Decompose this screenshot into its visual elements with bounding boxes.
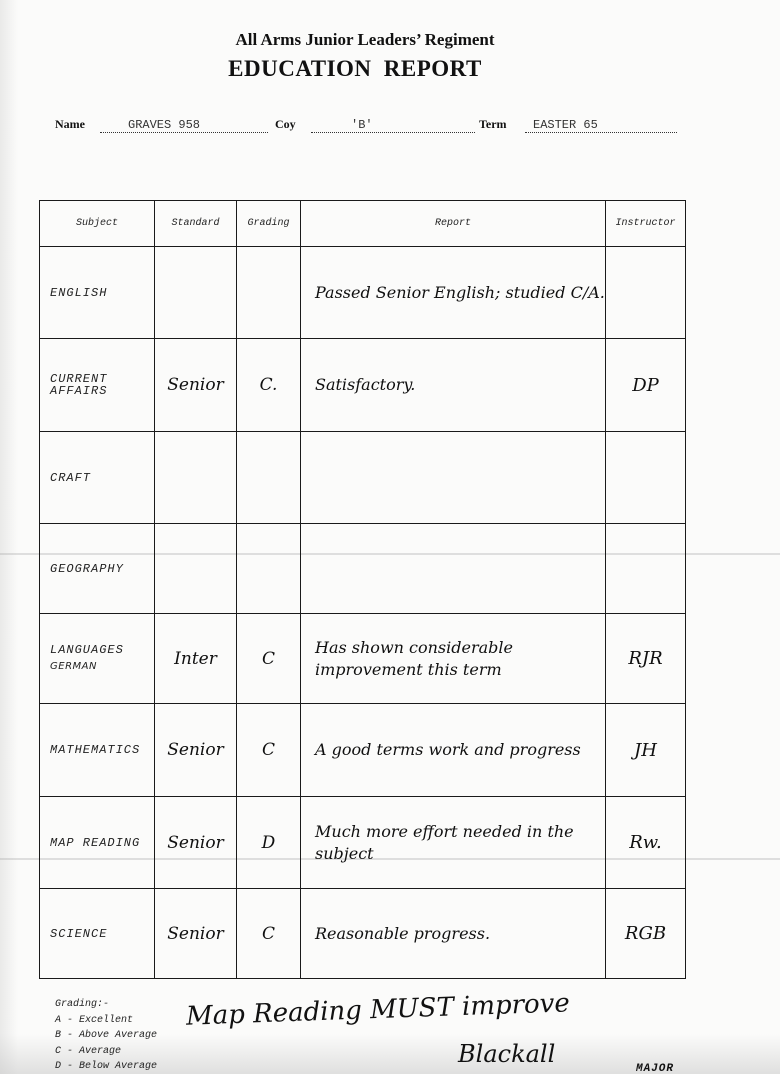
subject-cell: CURRENTAFFAIRS <box>40 339 155 432</box>
grading-cell <box>237 432 301 524</box>
report-cell <box>301 432 606 524</box>
education-report-table: Subject Standard Grading Report Instruct… <box>39 200 686 979</box>
report-title: EDUCATION REPORT <box>0 56 710 82</box>
instructor-cell-text: DP <box>632 375 659 396</box>
grading-cell-text: C <box>262 649 275 669</box>
standard-cell: Senior <box>155 797 237 889</box>
standard-cell-text: Senior <box>167 740 223 760</box>
subject-cell-text: LANGUAGES <box>50 643 124 657</box>
subject-cell-text: CURRENTAFFAIRS <box>50 372 107 398</box>
table-row: CRAFT <box>40 432 686 524</box>
report-cell-text: A good terms work and progress <box>315 740 581 759</box>
standard-cell <box>155 247 237 339</box>
instructor-cell-text: RJR <box>628 648 662 669</box>
grading-cell: C <box>237 889 301 979</box>
grading-cell-text: C <box>262 924 275 944</box>
report-cell: Has shown considerable improvement this … <box>301 614 606 704</box>
subject-cell: SCIENCE <box>40 889 155 979</box>
instructor-cell <box>606 247 686 339</box>
legend-item: C - Average <box>55 1044 157 1060</box>
subject-cell-text: MAP READING <box>50 836 140 850</box>
report-cell: Much more effort needed in the subject <box>301 797 606 889</box>
report-cell-text: Reasonable progress. <box>315 924 490 943</box>
standard-cell: Senior <box>155 704 237 797</box>
report-cell <box>301 524 606 614</box>
subject-cell-text: ENGLISH <box>50 286 107 300</box>
instructor-cell-text: JH <box>634 740 657 761</box>
coy-label: Coy <box>275 117 296 132</box>
instructor-cell: RJR <box>606 614 686 704</box>
legend-title: Grading:- <box>55 997 157 1013</box>
grading-cell <box>237 524 301 614</box>
standard-cell: Inter <box>155 614 237 704</box>
grading-cell <box>237 247 301 339</box>
subject-cell: ENGLISH <box>40 247 155 339</box>
grading-legend: Grading:- A - Excellent B - Above Averag… <box>55 997 157 1074</box>
subject-cell: MATHEMATICS <box>40 704 155 797</box>
subject-cell-text: CRAFT <box>50 471 91 485</box>
table-row: GEOGRAPHY <box>40 524 686 614</box>
legend-item: B - Above Average <box>55 1028 157 1044</box>
table-row: LANGUAGESGERMANInterCHas shown considera… <box>40 614 686 704</box>
grading-cell-text: D <box>262 833 276 853</box>
report-cell: Passed Senior English; studied C/A. <box>301 247 606 339</box>
officer-signature: Blackall <box>458 1040 555 1068</box>
table-row: CURRENTAFFAIRSSeniorC.Satisfactory.DP <box>40 339 686 432</box>
column-header-instructor: Instructor <box>606 201 686 247</box>
organisation-heading: All Arms Junior Leaders’ Regiment <box>0 30 730 50</box>
report-cell-text: Satisfactory. <box>315 375 415 394</box>
grading-cell: C <box>237 614 301 704</box>
subject-cell: GEOGRAPHY <box>40 524 155 614</box>
subject-cell: LANGUAGESGERMAN <box>40 614 155 704</box>
legend-item: D - Below Average <box>55 1059 157 1074</box>
standard-cell: Senior <box>155 889 237 979</box>
name-field: GRAVES 958 <box>100 118 268 133</box>
instructor-cell-text: RGB <box>625 923 666 944</box>
report-cell: Satisfactory. <box>301 339 606 432</box>
student-details: Name GRAVES 958 Coy 'B' Term EASTER 65 <box>55 115 695 135</box>
subject-cell: CRAFT <box>40 432 155 524</box>
column-header-standard: Standard <box>155 201 237 247</box>
grading-cell-text: C <box>262 740 275 760</box>
instructor-cell <box>606 524 686 614</box>
instructor-cell-text: Rw. <box>629 832 662 853</box>
report-cell-text: Passed Senior English; studied C/A. <box>315 283 605 302</box>
instructor-cell: RGB <box>606 889 686 979</box>
standard-cell <box>155 524 237 614</box>
term-label: Term <box>479 117 507 132</box>
standard-cell-text: Senior <box>167 833 223 853</box>
standard-cell-text: Senior <box>167 924 223 944</box>
table-row: ENGLISHPassed Senior English; studied C/… <box>40 247 686 339</box>
subject-cell: MAP READING <box>40 797 155 889</box>
coy-value: 'B' <box>311 118 373 132</box>
name-label: Name <box>55 117 85 132</box>
name-value: GRAVES 958 <box>100 118 200 132</box>
table-row: SCIENCESeniorCReasonable progress.RGB <box>40 889 686 979</box>
term-value: EASTER 65 <box>525 118 598 132</box>
subject-cell-text: SCIENCE <box>50 927 107 941</box>
table-row: MATHEMATICSSeniorCA good terms work and … <box>40 704 686 797</box>
report-cell-text: Has shown considerable improvement this … <box>315 638 513 679</box>
column-header-grading: Grading <box>237 201 301 247</box>
report-cell-text: Much more effort needed in the subject <box>315 822 574 863</box>
grading-cell: D <box>237 797 301 889</box>
report-cell: Reasonable progress. <box>301 889 606 979</box>
instructor-cell: Rw. <box>606 797 686 889</box>
term-field: EASTER 65 <box>525 118 677 133</box>
subject-note: GERMAN <box>50 661 154 673</box>
grading-cell-text: C. <box>260 375 278 395</box>
legend-item: A - Excellent <box>55 1013 157 1029</box>
table-header-row: Subject Standard Grading Report Instruct… <box>40 201 686 247</box>
subject-cell-text: MATHEMATICS <box>50 743 140 757</box>
grading-cell: C <box>237 704 301 797</box>
coy-field: 'B' <box>311 118 475 133</box>
instructor-cell: DP <box>606 339 686 432</box>
standard-cell: Senior <box>155 339 237 432</box>
column-header-report: Report <box>301 201 606 247</box>
officer-rank: MAJOR <box>636 1063 674 1074</box>
instructor-cell <box>606 432 686 524</box>
standard-cell-text: Inter <box>174 649 217 669</box>
column-header-subject: Subject <box>40 201 155 247</box>
standard-cell <box>155 432 237 524</box>
table-row: MAP READINGSeniorDMuch more effort neede… <box>40 797 686 889</box>
report-cell: A good terms work and progress <box>301 704 606 797</box>
subject-cell-text: GEOGRAPHY <box>50 562 124 576</box>
instructor-cell: JH <box>606 704 686 797</box>
standard-cell-text: Senior <box>167 375 223 395</box>
grading-cell: C. <box>237 339 301 432</box>
